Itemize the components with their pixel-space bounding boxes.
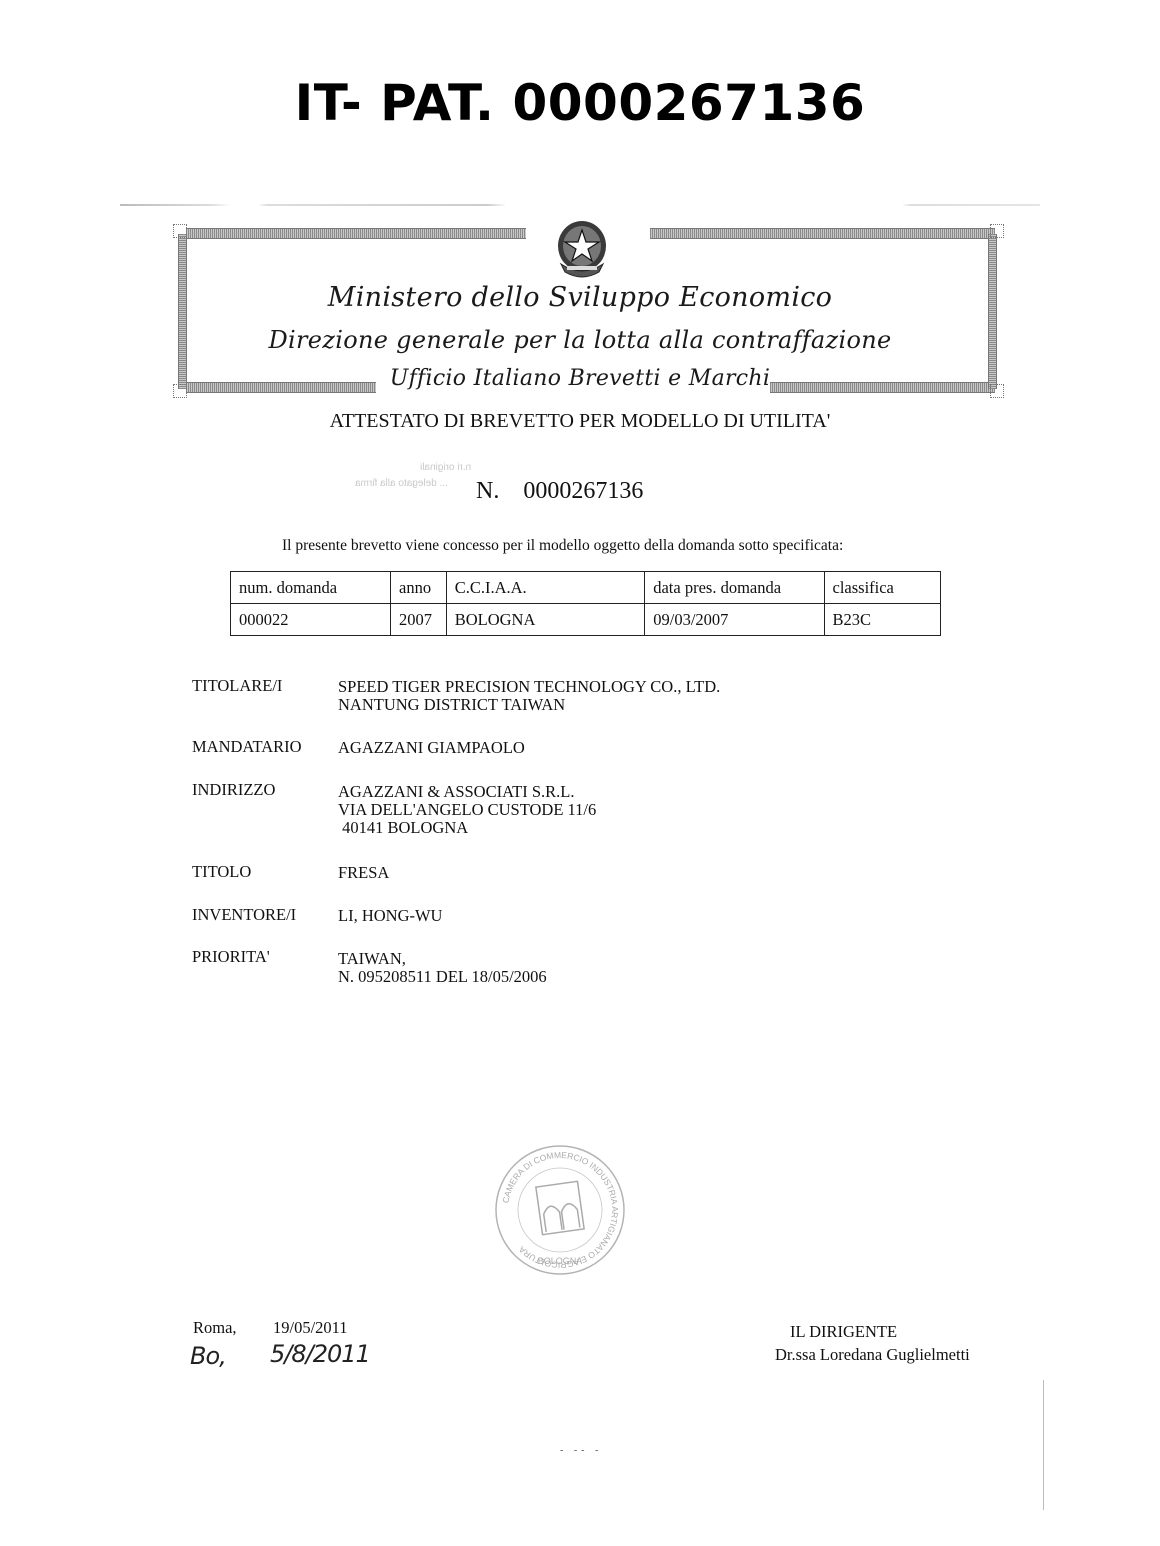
field-value-line: FRESA bbox=[338, 864, 389, 882]
table-header-cell: classifica bbox=[824, 572, 941, 604]
letterhead-ministry: Ministero dello Sviluppo Economico bbox=[0, 282, 1160, 313]
table-header-cell: C.C.I.A.A. bbox=[446, 572, 645, 604]
scan-edge-top bbox=[120, 204, 1040, 206]
table-cell: 09/03/2007 bbox=[645, 604, 824, 636]
issue-place: Roma, bbox=[193, 1318, 237, 1338]
table-cell: BOLOGNA bbox=[446, 604, 645, 636]
handwritten-place: Bo, bbox=[190, 1342, 226, 1370]
field-value-line: NANTUNG DISTRICT TAIWAN bbox=[338, 696, 720, 714]
patent-number: N.0000267136 bbox=[476, 478, 643, 505]
scan-edge-right bbox=[1043, 1380, 1044, 1510]
bleed-through-text: ... delegato alla firma bbox=[355, 478, 448, 489]
field-value-line: 40141 BOLOGNA bbox=[338, 819, 596, 837]
field-value: AGAZZANI GIAMPAOLO bbox=[338, 739, 525, 757]
frame-corner bbox=[173, 224, 187, 238]
frame-top-right-bar bbox=[650, 228, 995, 239]
table-header-row: num. domanda anno C.C.I.A.A. data pres. … bbox=[231, 572, 941, 604]
bleed-through-text: n.ri originali bbox=[420, 462, 471, 473]
patent-number-value: 0000267136 bbox=[523, 478, 643, 504]
page-title: IT- PAT. 0000267136 bbox=[0, 74, 1160, 132]
field-value: FRESA bbox=[338, 864, 389, 882]
field-value: LI, HONG-WU bbox=[338, 907, 442, 925]
intro-text: Il presente brevetto viene concesso per … bbox=[282, 537, 843, 555]
letterhead-direction: Direzione generale per la lotta alla con… bbox=[0, 326, 1160, 354]
field-label: INDIRIZZO bbox=[192, 780, 275, 800]
field-label: INVENTORE/I bbox=[192, 905, 296, 925]
field-value-line: N. 095208511 DEL 18/05/2006 bbox=[338, 968, 547, 986]
table-header-cell: data pres. domanda bbox=[645, 572, 824, 604]
field-value-line: LI, HONG-WU bbox=[338, 907, 442, 925]
application-table: num. domanda anno C.C.I.A.A. data pres. … bbox=[230, 571, 941, 636]
frame-top-left-bar bbox=[186, 228, 526, 239]
table-cell: 2007 bbox=[391, 604, 447, 636]
field-label: MANDATARIO bbox=[192, 737, 302, 757]
table-header-cell: anno bbox=[391, 572, 447, 604]
field-value: SPEED TIGER PRECISION TECHNOLOGY CO., LT… bbox=[338, 678, 720, 714]
signatory-title: IL DIRIGENTE bbox=[790, 1322, 897, 1342]
field-label: TITOLARE/I bbox=[192, 676, 282, 696]
field-value-line: VIA DELL'ANGELO CUSTODE 11/6 bbox=[338, 801, 596, 819]
handwritten-date: 5/8/2011 bbox=[270, 1340, 370, 1368]
field-value: TAIWAN, N. 095208511 DEL 18/05/2006 bbox=[338, 950, 547, 986]
table-row: 000022 2007 BOLOGNA 09/03/2007 B23C bbox=[231, 604, 941, 636]
patent-number-prefix: N. bbox=[476, 478, 499, 504]
table-cell: 000022 bbox=[231, 604, 391, 636]
svg-text:BOLOGNA: BOLOGNA bbox=[538, 1256, 583, 1266]
field-value-line: AGAZZANI GIAMPAOLO bbox=[338, 739, 525, 757]
page-marker: - -- - bbox=[560, 1445, 602, 1456]
issue-date: 19/05/2011 bbox=[273, 1318, 348, 1338]
field-value: AGAZZANI & ASSOCIATI S.R.L. VIA DELL'ANG… bbox=[338, 783, 596, 837]
letterhead-office: Ufficio Italiano Brevetti e Marchi bbox=[0, 366, 1160, 391]
field-value-line: SPEED TIGER PRECISION TECHNOLOGY CO., LT… bbox=[338, 678, 720, 696]
field-label: PRIORITA' bbox=[192, 947, 270, 967]
document-type-heading: ATTESTATO DI BREVETTO PER MODELLO DI UTI… bbox=[0, 410, 1160, 433]
field-label: TITOLO bbox=[192, 862, 251, 882]
table-header-cell: num. domanda bbox=[231, 572, 391, 604]
signatory-name: Dr.ssa Loredana Guglielmetti bbox=[775, 1345, 970, 1365]
chamber-of-commerce-stamp-icon: CAMERA DI COMMERCIO INDUSTRIA ARTIGIANAT… bbox=[485, 1140, 635, 1280]
frame-corner bbox=[990, 224, 1004, 238]
table-cell: B23C bbox=[824, 604, 941, 636]
field-value-line: AGAZZANI & ASSOCIATI S.R.L. bbox=[338, 783, 596, 801]
italian-republic-emblem-icon bbox=[553, 218, 611, 280]
field-value-line: TAIWAN, bbox=[338, 950, 547, 968]
